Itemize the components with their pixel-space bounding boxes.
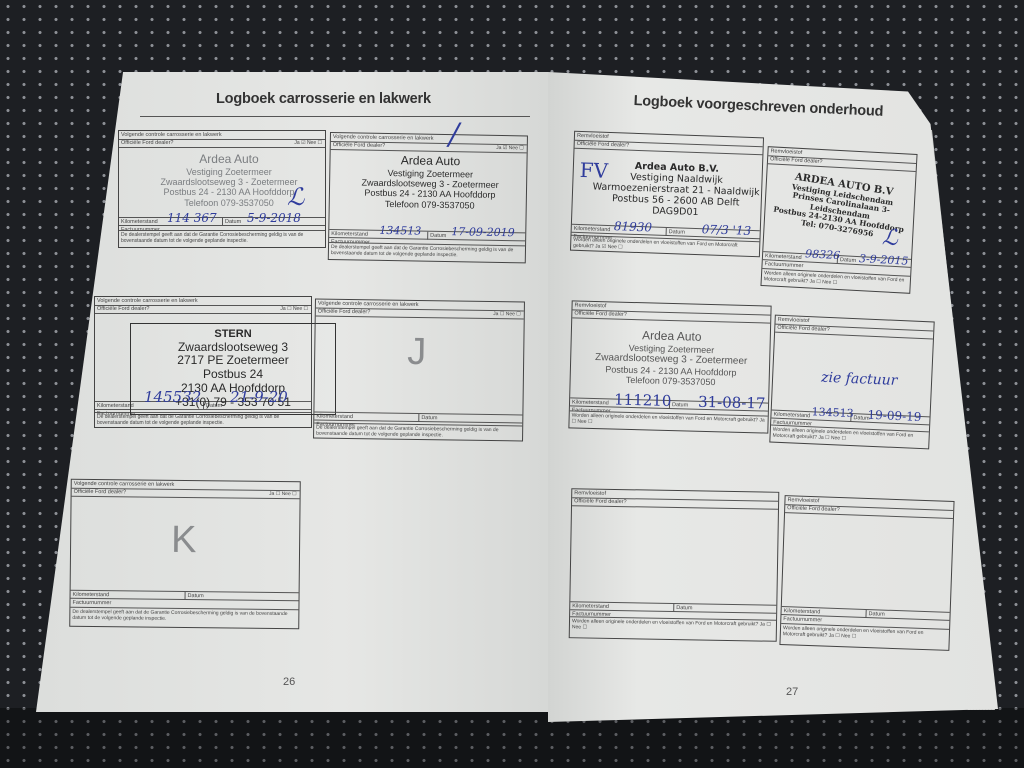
km-value: 134513 xyxy=(811,405,854,420)
body-paint-form-1: Volgende controle carrosserie en lakwerk… xyxy=(118,130,326,248)
form-footer: De dealerstempel geeft aan dat de Garant… xyxy=(119,230,325,247)
yes-no-checkbox[interactable]: Ja ☐ Nee ☐ xyxy=(818,435,846,442)
yes-no-checkbox[interactable]: Ja ☐ Nee ☐ xyxy=(493,310,521,318)
body-paint-form-4: Volgende controle carrosserie en lakwerk… xyxy=(313,299,525,442)
date-value: 21-9-20 xyxy=(230,388,288,406)
dealer-stamp: Ardea Auto B.V. Vestiging Naaldwijk Warm… xyxy=(590,160,762,221)
section-letter: K xyxy=(171,519,197,562)
left-page-title: Logboek carrosserie en lakwerk xyxy=(216,91,431,107)
dealer-stamp: Ardea Auto Vestiging Zoetermeer Zwaardsl… xyxy=(581,328,762,389)
yes-no-checkbox[interactable]: Ja ☐ Nee ☐ xyxy=(269,490,297,498)
dealer-question: Officiële Ford dealer? xyxy=(333,142,386,149)
form-footer: De dealerstempel geeft aan dat de Garant… xyxy=(314,423,522,441)
yes-no-checkbox[interactable]: Ja ☑ Nee ☐ xyxy=(595,244,623,251)
title-rule-left xyxy=(140,116,530,117)
dealer-question: Officiële Ford dealer? xyxy=(777,325,830,333)
km-value: 98326 xyxy=(805,247,841,262)
maintenance-form-1: Remvloeistof Officiële Ford dealer?Ja ☑ … xyxy=(570,131,764,258)
page-number-left: 26 xyxy=(283,676,295,688)
handwritten-note: zie factuur xyxy=(821,370,898,389)
km-value: 114 367 xyxy=(167,211,217,225)
body-paint-form-5: Volgende controle carrosserie en lakwerk… xyxy=(69,479,301,629)
signature-scribble: ℒ xyxy=(881,225,898,251)
form-footer: Worden alleen originele onderdelen en vl… xyxy=(570,616,776,641)
dealer-stamp: Ardea Auto Vestiging Zoetermeer Zwaardsl… xyxy=(340,153,521,211)
maintenance-form-2: Remvloeistof Officiële Ford dealer?Ja ☑ … xyxy=(760,146,917,294)
yes-no-checkbox[interactable]: Ja ☐ Nee ☐ xyxy=(829,633,857,640)
form-footer: De dealerstempel geeft aan dat de Garant… xyxy=(70,607,298,628)
dealer-question: Officiële Ford dealer? xyxy=(574,310,627,317)
yes-no-checkbox[interactable]: Ja ☐ Nee ☐ xyxy=(280,305,308,313)
yes-no-checkbox[interactable]: Ja ☐ Nee ☐ xyxy=(809,279,837,286)
maintenance-form-3: Remvloeistof Officiële Ford dealer?Ja ☐ … xyxy=(568,300,771,433)
signature-scribble: ℒ xyxy=(287,183,304,211)
maintenance-form-6: Remvloeistof Officiële Ford dealer?Ja ☐ … xyxy=(779,495,954,651)
dealer-question: Officiële Ford dealer? xyxy=(574,498,627,505)
section-letter: J xyxy=(407,331,427,374)
form-footer: Worden alleen originele onderdelen en vl… xyxy=(780,623,949,650)
dealer-question: Officiële Ford dealer? xyxy=(577,141,630,149)
page-number-right: 27 xyxy=(786,686,798,698)
signature-scribble: / xyxy=(449,117,460,152)
form-footer: De dealerstempel geeft aan dat de Garant… xyxy=(329,242,525,262)
km-value: 81930 xyxy=(614,219,653,234)
dealer-question: Officiële Ford dealer? xyxy=(74,489,127,496)
dealer-question: Officiële Ford dealer? xyxy=(770,156,823,165)
maintenance-form-4: Remvloeistof Officiële Ford dealer?Ja ☑ … xyxy=(769,315,934,450)
dealer-stamp: Ardea Auto Vestiging Zoetermeer Zwaardsl… xyxy=(149,153,309,208)
date-value: 17-09-2019 xyxy=(451,225,515,239)
body-paint-form-2: Volgende controle carrosserie en lakwerk… xyxy=(328,132,528,263)
date-value: 5-9-2018 xyxy=(247,211,301,225)
yes-no-checkbox[interactable]: Ja ☑ Nee ☐ xyxy=(294,139,322,147)
dealer-question: Officiële Ford dealer? xyxy=(97,306,149,312)
yes-no-checkbox[interactable]: Ja ☑ Nee ☐ xyxy=(496,144,524,152)
dealer-question: Officiële Ford dealer? xyxy=(318,309,371,316)
km-value: 145532 xyxy=(144,388,201,406)
dealer-question: Officiële Ford dealer? xyxy=(787,505,840,513)
km-value: 134513 xyxy=(379,224,421,238)
seat-fabric-shadow xyxy=(0,708,1024,768)
maintenance-form-5: Remvloeistof Officiële Ford dealer?Ja ☐ … xyxy=(569,488,780,642)
dealer-question: Officiële Ford dealer? xyxy=(121,140,173,146)
